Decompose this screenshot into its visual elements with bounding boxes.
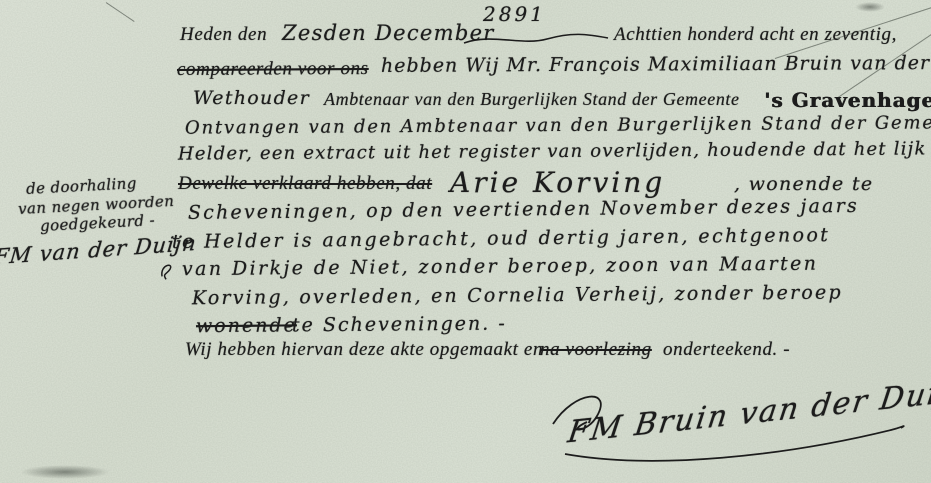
body-line-12: Wij hebben hiervan deze akte opgemaakt e… [185, 339, 931, 367]
ink-smudge [20, 465, 110, 479]
body-text: Helder, een extract uit het register van… [178, 138, 931, 165]
pen-flourish [462, 31, 610, 47]
registrar-signature-block: FM Bruin van der Duijn [535, 382, 925, 477]
struck-preprinted-text: compareerden voor ons [177, 58, 369, 81]
struck-preprinted-text: na voorlezing [540, 339, 652, 361]
struck-preprinted-text: Dewelke verklaard hebben, dat [178, 173, 432, 195]
municipality-name-blackletter: 's Gravenhage, [764, 88, 931, 112]
pen-flourish [158, 260, 180, 282]
body-line-1: Heden den Zesden December Achttien honde… [180, 21, 931, 51]
body-text: Korving, overleden, en Cornelia Verheij,… [192, 282, 843, 310]
ink-smudge [855, 2, 885, 12]
preprinted-text: Heden den [180, 24, 267, 46]
body-text: van Dirkje de Niet, zonder beroep, zoon … [182, 253, 819, 281]
registrar-title-printed: Ambtenaar van den Burgerlijken Stand der… [324, 89, 740, 110]
body-text: te Scheveningen. - [292, 312, 507, 336]
scanned-death-record-document: 2891 Heden den Zesden December Achttien … [0, 0, 931, 483]
deceased-name: Arie Korving [450, 166, 665, 199]
body-line-2: compareerden voor ons hebben Wij Mr. Fra… [177, 52, 931, 86]
closing-preprinted-text: Wij hebben hiervan deze akte opgemaakt e… [185, 339, 543, 361]
registrar-title-handwritten: Wethouder [193, 87, 310, 109]
body-text: Ontvangen van den Ambtenaar van den Burg… [185, 112, 931, 139]
closing-preprinted-text: onderteekend. - [663, 339, 790, 361]
body-text: , wonende te [734, 173, 873, 195]
struck-handwritten-text: wonende [196, 314, 297, 337]
registrar-name: hebben Wij Mr. François Maximiliaan Brui… [381, 52, 931, 77]
year-text: Achttien honderd acht en zeventig, [614, 24, 897, 46]
scan-crease-line [106, 2, 135, 22]
